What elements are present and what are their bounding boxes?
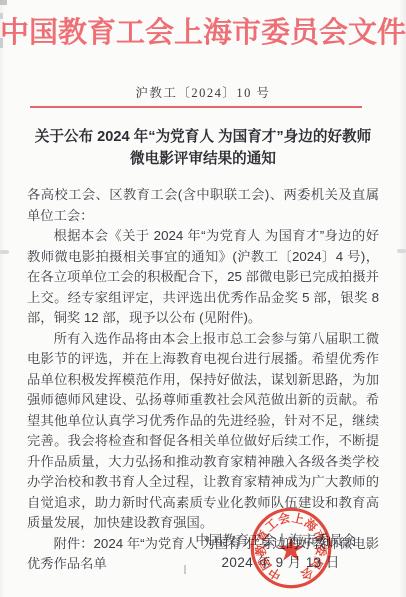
red-divider-rule <box>30 106 362 108</box>
official-seal: ★ 中国教育工会上海市委员会 <box>248 505 334 591</box>
scan-artifact <box>0 0 7 5</box>
body-paragraph: 根据本会《关于 2024 年“为党育人 为国育才”身边的好教师微电影拍摄相关事宜… <box>27 226 379 329</box>
seal-text-char: 会 <box>276 510 291 527</box>
document-header-title: 中国教育工会上海市委员会文件 <box>0 16 406 50</box>
seal-text-char: 委 <box>314 544 330 557</box>
scan-artifact <box>0 13 3 19</box>
scan-artifact <box>397 249 406 253</box>
document-title: 关于公布 2024 年“为党育人 为国育才”身边的好教师 微电影评审结果的通知 <box>33 127 373 170</box>
salutation-line: 各高校工会、区教育工会(含中职联工会)、两委机关及直属单位工会： <box>27 185 379 226</box>
document-number: 沪教工〔2024〕10 号 <box>0 83 406 101</box>
scan-artifact <box>0 250 9 254</box>
scan-artifact <box>184 565 186 574</box>
document-title-line2: 微电影评审结果的通知 <box>130 151 276 167</box>
seal-star-icon: ★ <box>276 531 305 569</box>
scan-artifact <box>0 38 3 48</box>
document-title-line1: 关于公布 2024 年“为党育人 为国育才”身边的好教师 <box>35 129 372 145</box>
body-paragraph: 所有入选作品将由本会上报市总工会参与第八届职工微电影节的评选，并在上海教育电视台… <box>27 329 379 534</box>
